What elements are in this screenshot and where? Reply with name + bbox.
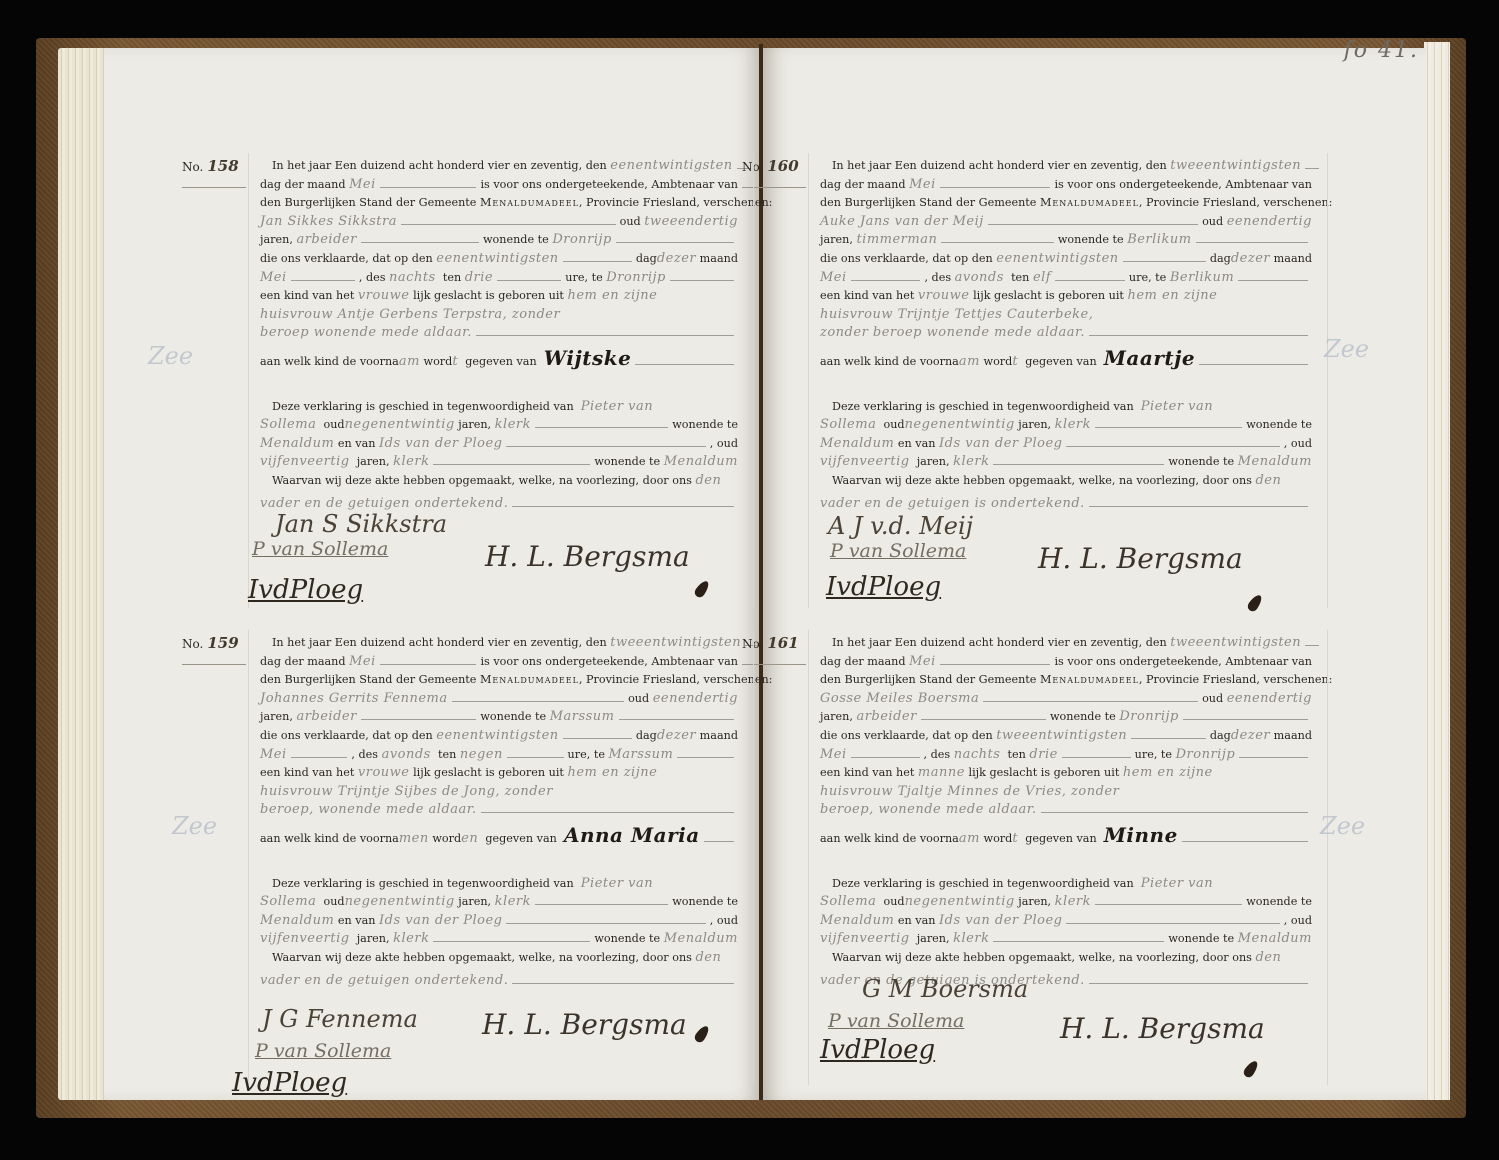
folio-number: fo 41. xyxy=(1344,38,1419,63)
number: 159 xyxy=(207,634,238,652)
record-number: No.159 xyxy=(182,634,252,665)
signature-witness-1: P van Sollema xyxy=(255,1040,391,1062)
signature-official: H. L. Bergsma xyxy=(485,540,690,573)
signature-witness-1: P van Sollema xyxy=(830,540,966,562)
signature-official: H. L. Bergsma xyxy=(1038,542,1243,575)
signature-witness-2: IvdPloeg xyxy=(820,1035,935,1065)
page-edges-right xyxy=(1424,42,1450,1100)
printed-form-text: No. xyxy=(182,637,203,651)
printed-form-text: No. xyxy=(182,160,203,174)
signature-witness-1: P van Sollema xyxy=(828,1010,964,1032)
signature-declarant: G M Boersma xyxy=(862,975,1028,1003)
number: 160 xyxy=(767,157,798,175)
signature-official: H. L. Bergsma xyxy=(482,1008,687,1041)
number: 158 xyxy=(207,157,238,175)
signature-witness-1: P van Sollema xyxy=(252,538,388,560)
signature-declarant: A J v.d. Meij xyxy=(828,512,973,540)
signature-witness-2: IvdPloeg xyxy=(248,575,363,605)
margin-pencil-note: Zee xyxy=(148,342,193,370)
record-number: No.158 xyxy=(182,157,252,188)
signature-witness-2: IvdPloeg xyxy=(232,1068,347,1098)
page-edges-left xyxy=(58,48,108,1100)
signature-official: H. L. Bergsma xyxy=(1060,1012,1265,1045)
signature-witness-2: IvdPloeg xyxy=(826,572,941,602)
margin-pencil-note: Zee xyxy=(1320,812,1365,840)
signature-declarant: Jan S Sikkstra xyxy=(275,510,447,538)
number: 161 xyxy=(767,634,798,652)
margin-pencil-note: Zee xyxy=(172,812,217,840)
signature-declarant: J G Fennema xyxy=(262,1005,418,1033)
margin-pencil-note: Zee xyxy=(1324,335,1369,363)
